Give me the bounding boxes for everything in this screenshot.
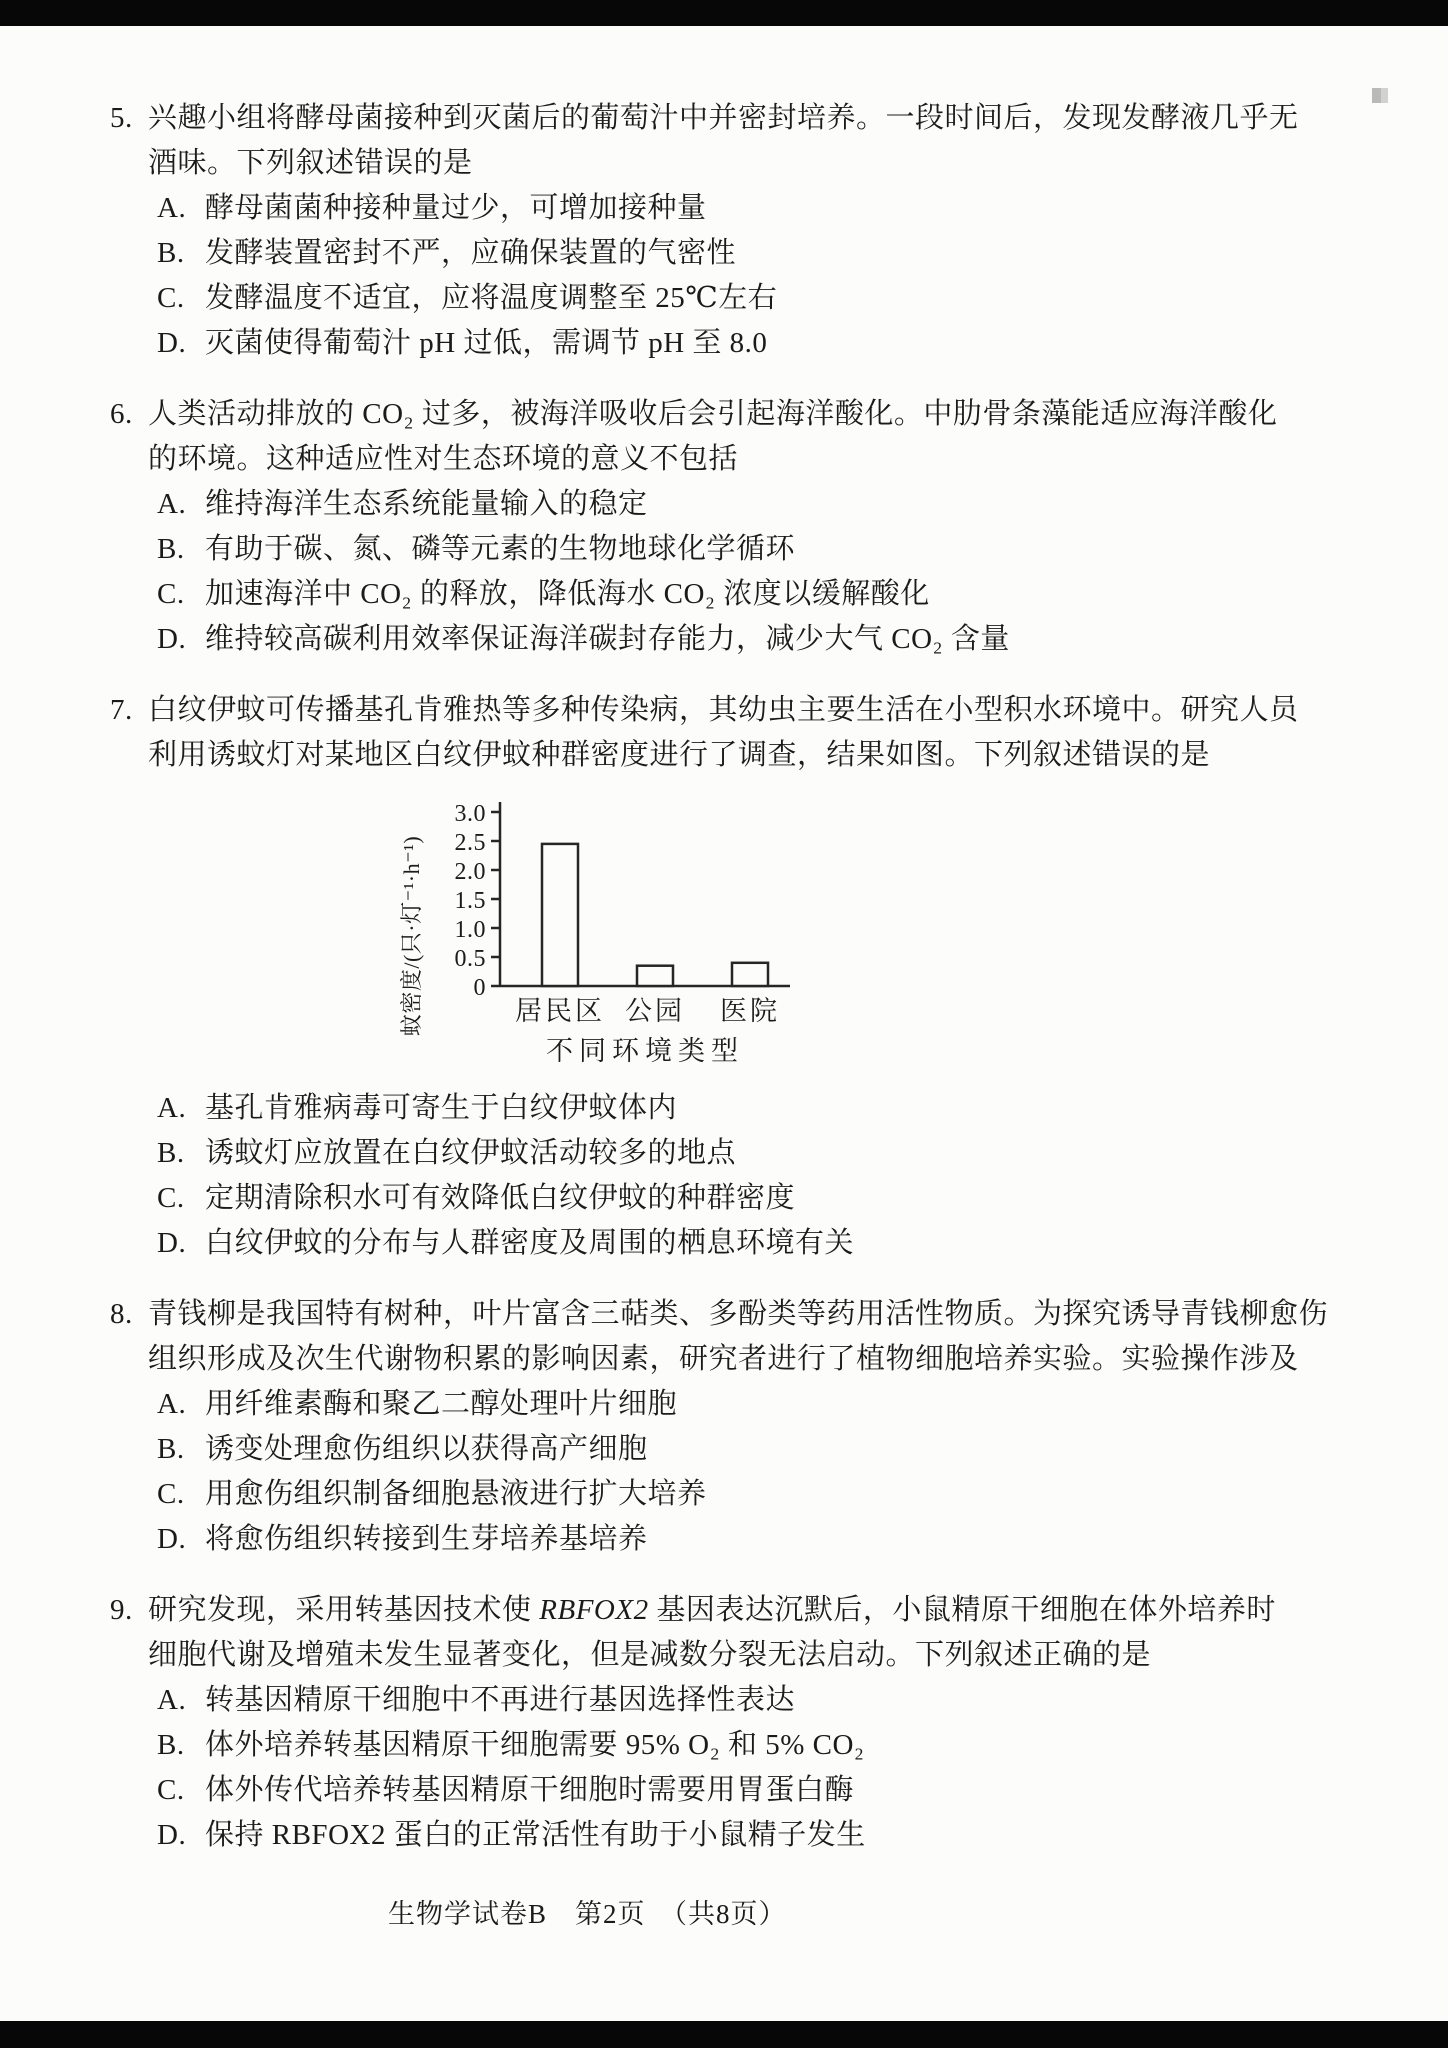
option-letter: B. bbox=[157, 1427, 205, 1472]
question-stem-line: 组织形成及次生代谢物积累的影响因素，研究者进行了植物细胞培养实验。实验操作涉及 bbox=[110, 1337, 1350, 1382]
option-A: A.维持海洋生态系统能量输入的稳定 bbox=[110, 482, 1350, 527]
option-text: 加速海洋中 CO₂ 的释放，降低海水 CO₂ 浓度以缓解酸化 bbox=[205, 578, 930, 610]
option-letter: A. bbox=[157, 482, 205, 527]
stem-text: 细胞代谢及增殖未发生显著变化，但是减数分裂无法启动。下列叙述正确的是 bbox=[148, 1639, 1151, 1671]
option-text: 有助于碳、氮、磷等元素的生物地球化学循环 bbox=[205, 533, 795, 565]
question-7: 7.白纹伊蚊可传播基孔肯雅热等多种传染病，其幼虫主要生活在小型积水环境中。研究人… bbox=[110, 688, 1350, 1266]
gene-name-italic: RBFOX2 bbox=[539, 1594, 648, 1626]
option-C: C.体外传代培养转基因精原干细胞时需要用胃蛋白酶 bbox=[110, 1768, 1350, 1813]
bar-0 bbox=[542, 844, 578, 986]
option-letter: A. bbox=[157, 1678, 205, 1723]
y-tick-label: 1.0 bbox=[455, 917, 487, 943]
question-stem-line: 5.兴趣小组将酵母菌接种到灭菌后的葡萄汁中并密封培养。一段时间后，发现发酵液几乎… bbox=[110, 96, 1350, 141]
x-axis-label: 不同环境类型 bbox=[546, 1036, 744, 1066]
bar-2 bbox=[732, 963, 768, 986]
stem-text: 的环境。这种适应性对生态环境的意义不包括 bbox=[148, 443, 738, 475]
scan-artifact-mark bbox=[1372, 88, 1388, 103]
question-number: 5. bbox=[110, 96, 148, 141]
questions-area: 5.兴趣小组将酵母菌接种到灭菌后的葡萄汁中并密封培养。一段时间后，发现发酵液几乎… bbox=[110, 96, 1350, 1884]
option-text: 发酵温度不适宜，应将温度调整至 25℃左右 bbox=[205, 282, 777, 314]
option-letter: A. bbox=[157, 186, 205, 231]
option-B: B.体外培养转基因精原干细胞需要 95% O₂ 和 5% CO₂ bbox=[110, 1723, 1350, 1768]
option-text: 体外传代培养转基因精原干细胞时需要用胃蛋白酶 bbox=[205, 1774, 854, 1806]
option-A: A.酵母菌菌种接种量过少，可增加接种量 bbox=[110, 186, 1350, 231]
question-stem-line: 8.青钱柳是我国特有树种，叶片富含三萜类、多酚类等药用活性物质。为探究诱导青钱柳… bbox=[110, 1292, 1350, 1337]
option-text: 将愈伤组织转接到生芽培养基培养 bbox=[205, 1523, 648, 1555]
question-6: 6.人类活动排放的 CO₂ 过多，被海洋吸收后会引起海洋酸化。中肋骨条藻能适应海… bbox=[110, 392, 1350, 662]
option-text: 白纹伊蚊的分布与人群密度及周围的栖息环境有关 bbox=[205, 1227, 854, 1259]
option-text: 基孔肯雅病毒可寄生于白纹伊蚊体内 bbox=[205, 1092, 677, 1124]
category-label-2: 医院 bbox=[720, 996, 780, 1026]
option-C: C.加速海洋中 CO₂ 的释放，降低海水 CO₂ 浓度以缓解酸化 bbox=[110, 572, 1350, 617]
option-letter: B. bbox=[157, 1131, 205, 1176]
option-letter: C. bbox=[157, 572, 205, 617]
option-letter: D. bbox=[157, 1813, 205, 1858]
option-letter: B. bbox=[157, 527, 205, 572]
y-axis-label: 蚊密度/(只·灯⁻¹·h⁻¹) bbox=[399, 836, 424, 1036]
option-text: 转基因精原干细胞中不再进行基因选择性表达 bbox=[205, 1684, 795, 1716]
y-tick-label: 2.0 bbox=[455, 859, 487, 885]
option-text: 体外培养转基因精原干细胞需要 95% O₂ 和 5% CO₂ bbox=[205, 1729, 865, 1761]
option-text: 维持较高碳利用效率保证海洋碳封存能力，减少大气 CO₂ 含量 bbox=[205, 623, 1010, 655]
option-text: 用纤维素酶和聚乙二醇处理叶片细胞 bbox=[205, 1388, 677, 1420]
question-number: 9. bbox=[110, 1588, 148, 1633]
scan-top-edge bbox=[0, 0, 1448, 26]
option-text: 维持海洋生态系统能量输入的稳定 bbox=[205, 488, 648, 520]
stem-text: 利用诱蚊灯对某地区白纹伊蚊种群密度进行了调查，结果如图。下列叙述错误的是 bbox=[148, 739, 1210, 771]
question-stem-line: 酒味。下列叙述错误的是 bbox=[110, 141, 1350, 186]
option-B: B.诱蚊灯应放置在白纹伊蚊活动较多的地点 bbox=[110, 1131, 1350, 1176]
question-5: 5.兴趣小组将酵母菌接种到灭菌后的葡萄汁中并密封培养。一段时间后，发现发酵液几乎… bbox=[110, 96, 1350, 366]
option-letter: C. bbox=[157, 1768, 205, 1813]
option-C: C.用愈伤组织制备细胞悬液进行扩大培养 bbox=[110, 1472, 1350, 1517]
question-number: 7. bbox=[110, 688, 148, 733]
option-C: C.发酵温度不适宜，应将温度调整至 25℃左右 bbox=[110, 276, 1350, 321]
option-C: C.定期清除积水可有效降低白纹伊蚊的种群密度 bbox=[110, 1176, 1350, 1221]
option-D: D.白纹伊蚊的分布与人群密度及周围的栖息环境有关 bbox=[110, 1221, 1350, 1266]
option-B: B.发酵装置密封不严，应确保装置的气密性 bbox=[110, 231, 1350, 276]
stem-text: 酒味。下列叙述错误的是 bbox=[148, 147, 473, 179]
option-text: 诱蚊灯应放置在白纹伊蚊活动较多的地点 bbox=[205, 1137, 736, 1169]
option-text: 定期清除积水可有效降低白纹伊蚊的种群密度 bbox=[205, 1182, 795, 1214]
question-stem-line: 9.研究发现，采用转基因技术使 RBFOX2 基因表达沉默后，小鼠精原干细胞在体… bbox=[110, 1588, 1350, 1633]
stem-text: 白纹伊蚊可传播基孔肯雅热等多种传染病，其幼虫主要生活在小型积水环境中。研究人员 bbox=[148, 694, 1299, 726]
stem-text: 兴趣小组将酵母菌接种到灭菌后的葡萄汁中并密封培养。一段时间后，发现发酵液几乎无 bbox=[148, 102, 1299, 134]
option-D: D.将愈伤组织转接到生芽培养基培养 bbox=[110, 1517, 1350, 1562]
question-number: 8. bbox=[110, 1292, 148, 1337]
category-label-1: 公园 bbox=[625, 996, 685, 1026]
category-label-0: 居民区 bbox=[515, 996, 605, 1026]
question-stem-line: 6.人类活动排放的 CO₂ 过多，被海洋吸收后会引起海洋酸化。中肋骨条藻能适应海… bbox=[110, 392, 1350, 437]
option-letter: A. bbox=[157, 1086, 205, 1131]
stem-text: 人类活动排放的 CO₂ 过多，被海洋吸收后会引起海洋酸化。中肋骨条藻能适应海洋酸… bbox=[148, 398, 1277, 430]
question-9: 9.研究发现，采用转基因技术使 RBFOX2 基因表达沉默后，小鼠精原干细胞在体… bbox=[110, 1588, 1350, 1858]
mosquito-density-bar-chart: 00.51.01.52.02.53.0蚊密度/(只·灯⁻¹·h⁻¹)居民区公园医… bbox=[395, 786, 795, 1078]
stem-text: 研究发现，采用转基因技术使 bbox=[148, 1594, 539, 1626]
exam-page: 5.兴趣小组将酵母菌接种到灭菌后的葡萄汁中并密封培养。一段时间后，发现发酵液几乎… bbox=[0, 0, 1448, 2048]
question-stem-line: 细胞代谢及增殖未发生显著变化，但是减数分裂无法启动。下列叙述正确的是 bbox=[110, 1633, 1350, 1678]
y-tick-label: 0.5 bbox=[455, 946, 487, 972]
option-letter: C. bbox=[157, 276, 205, 321]
question-stem-line: 的环境。这种适应性对生态环境的意义不包括 bbox=[110, 437, 1350, 482]
option-letter: C. bbox=[157, 1176, 205, 1221]
stem-text: 基因表达沉默后，小鼠精原干细胞在体外培养时 bbox=[649, 1594, 1276, 1626]
y-tick-label: 0 bbox=[474, 975, 487, 1001]
y-tick-label: 2.5 bbox=[455, 830, 487, 856]
option-D: D.维持较高碳利用效率保证海洋碳封存能力，减少大气 CO₂ 含量 bbox=[110, 617, 1350, 662]
option-letter: B. bbox=[157, 1723, 205, 1768]
question-number: 6. bbox=[110, 392, 148, 437]
option-letter: A. bbox=[157, 1382, 205, 1427]
option-D: D.灭菌使得葡萄汁 pH 过低，需调节 pH 至 8.0 bbox=[110, 321, 1350, 366]
option-letter: D. bbox=[157, 1517, 205, 1562]
y-tick-label: 3.0 bbox=[455, 801, 487, 827]
option-text: 酵母菌菌种接种量过少，可增加接种量 bbox=[205, 192, 707, 224]
bar-1 bbox=[637, 966, 673, 986]
scan-bottom-edge bbox=[0, 2021, 1448, 2048]
option-text: 保持 RBFOX2 蛋白的正常活性有助于小鼠精子发生 bbox=[205, 1819, 866, 1851]
question-stem-line: 利用诱蚊灯对某地区白纹伊蚊种群密度进行了调查，结果如图。下列叙述错误的是 bbox=[110, 733, 1350, 778]
option-text: 发酵装置密封不严，应确保装置的气密性 bbox=[205, 237, 736, 269]
option-A: A.用纤维素酶和聚乙二醇处理叶片细胞 bbox=[110, 1382, 1350, 1427]
stem-text: 组织形成及次生代谢物积累的影响因素，研究者进行了植物细胞培养实验。实验操作涉及 bbox=[148, 1343, 1299, 1375]
option-letter: D. bbox=[157, 617, 205, 662]
option-letter: D. bbox=[157, 321, 205, 366]
option-text: 诱变处理愈伤组织以获得高产细胞 bbox=[205, 1433, 648, 1465]
option-text: 灭菌使得葡萄汁 pH 过低，需调节 pH 至 8.0 bbox=[205, 327, 767, 359]
question-stem-line: 7.白纹伊蚊可传播基孔肯雅热等多种传染病，其幼虫主要生活在小型积水环境中。研究人… bbox=[110, 688, 1350, 733]
y-tick-label: 1.5 bbox=[455, 888, 487, 914]
page-footer: 生物学试卷B 第2页 （共8页） bbox=[388, 1892, 787, 1931]
option-A: A.转基因精原干细胞中不再进行基因选择性表达 bbox=[110, 1678, 1350, 1723]
stem-text: 青钱柳是我国特有树种，叶片富含三萜类、多酚类等药用活性物质。为探究诱导青钱柳愈伤 bbox=[148, 1298, 1328, 1330]
option-text: 用愈伤组织制备细胞悬液进行扩大培养 bbox=[205, 1478, 707, 1510]
option-B: B.诱变处理愈伤组织以获得高产细胞 bbox=[110, 1427, 1350, 1472]
option-letter: C. bbox=[157, 1472, 205, 1517]
option-letter: D. bbox=[157, 1221, 205, 1266]
question-8: 8.青钱柳是我国特有树种，叶片富含三萜类、多酚类等药用活性物质。为探究诱导青钱柳… bbox=[110, 1292, 1350, 1562]
option-letter: B. bbox=[157, 231, 205, 276]
option-B: B.有助于碳、氮、磷等元素的生物地球化学循环 bbox=[110, 527, 1350, 572]
option-D: D.保持 RBFOX2 蛋白的正常活性有助于小鼠精子发生 bbox=[110, 1813, 1350, 1858]
chart-svg: 00.51.01.52.02.53.0蚊密度/(只·灯⁻¹·h⁻¹)居民区公园医… bbox=[395, 786, 795, 1078]
option-A: A.基孔肯雅病毒可寄生于白纹伊蚊体内 bbox=[110, 1086, 1350, 1131]
footer-text: 生物学试卷B 第2页 （共8页） bbox=[388, 1899, 787, 1929]
